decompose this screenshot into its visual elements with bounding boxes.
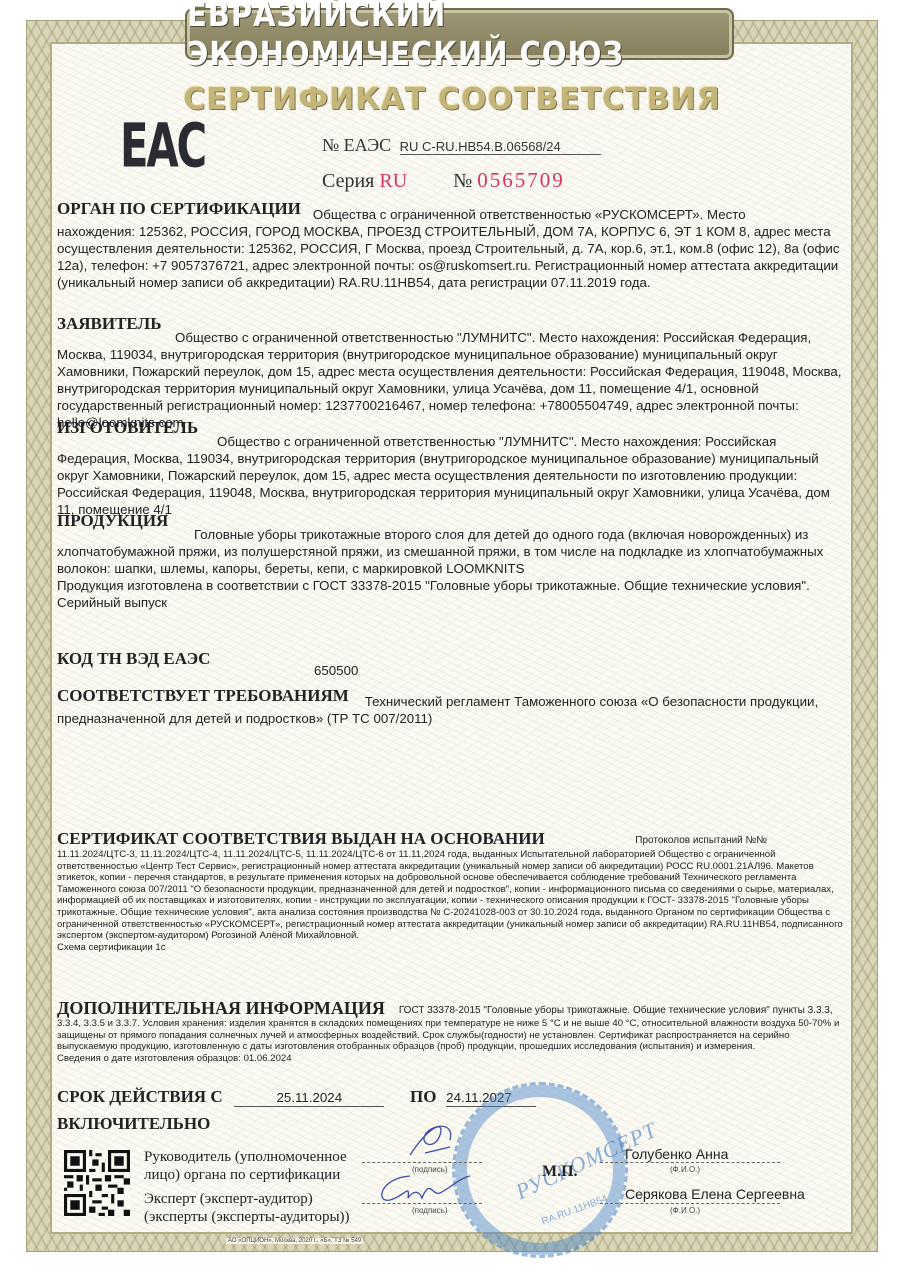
printer-imprint: АО «ОПЦИОН», Москва, 2020 г., «Б», ТЗ № … bbox=[226, 1238, 363, 1244]
series-label: Серия bbox=[322, 170, 374, 192]
section-text: 11.11.2024/ЦТС-3, 11.11.2024/ЦТС-4, 11.1… bbox=[57, 849, 847, 942]
eaeu-number-value: RU С-RU.НВ54.В.06568/24 bbox=[400, 139, 601, 155]
section-product: ПРОДУКЦИЯ Головные уборы трикотажные вто… bbox=[57, 512, 847, 611]
section-title: СЕРТИФИКАТ СООТВЕТСТВИЯ ВЫДАН НА ОСНОВАН… bbox=[57, 830, 545, 847]
section-requirements: СООТВЕТСТВУЕТ ТРЕБОВАНИЯМ Технический ре… bbox=[57, 687, 847, 727]
section-lead: Технический регламент Таможенного союза … bbox=[365, 693, 818, 710]
series-line: Серия RU № 0565709 bbox=[322, 168, 565, 193]
section-text: 3.3.4, 3.3.5 и 3.3.7. Условия хранения: … bbox=[57, 1018, 847, 1053]
section-additional-info: ДОПОЛНИТЕЛЬНАЯ ИНФОРМАЦИЯ ГОСТ 33378-201… bbox=[57, 1000, 847, 1064]
validity-to-label: ПО bbox=[410, 1087, 436, 1106]
section-lead: Общество с ограниченной ответственностью… bbox=[57, 329, 847, 346]
section-title: ДОПОЛНИТЕЛЬНАЯ ИНФОРМАЦИЯ bbox=[57, 1000, 385, 1017]
section-certification-body: ОРГАН ПО СЕРТИФИКАЦИИ Общества с огранич… bbox=[57, 200, 847, 291]
serial-number: 0565709 bbox=[477, 168, 565, 192]
head-signature-icon bbox=[400, 1115, 460, 1165]
union-banner-text: ЕВРАЗИЙСКИЙ ЭКОНОМИЧЕСКИЙ СОЮЗ bbox=[187, 0, 732, 73]
expert-label: Эксперт (эксперт-аудитор) (эксперты (экс… bbox=[144, 1190, 350, 1226]
section-text: Федерация, Москва, 119034, внутригородск… bbox=[57, 450, 847, 518]
stamp-label: М.П. bbox=[542, 1163, 578, 1181]
head-name: Голубенко Анна bbox=[625, 1146, 728, 1162]
section-title: КОД ТН ВЭД ЕАЭС bbox=[57, 649, 210, 668]
product-release: Серийный выпуск bbox=[57, 594, 847, 611]
sample-date: Сведения о дате изготовления образцов: 0… bbox=[57, 1053, 847, 1065]
product-standard: Продукция изготовлена в соответствии с Г… bbox=[57, 577, 847, 594]
expert-signature-caption: (подпись) bbox=[412, 1206, 448, 1215]
expert-name: Серякова Елена Сергеевна bbox=[625, 1186, 805, 1202]
section-text: нахождения: 125362, РОССИЯ, ГОРОД МОСКВА… bbox=[57, 223, 847, 291]
section-text: хлопчатобумажной пряжи, из полушерстяной… bbox=[57, 543, 847, 577]
series-value: RU bbox=[379, 170, 407, 192]
validity-from-label: СРОК ДЕЙСТВИЯ С bbox=[57, 1087, 223, 1106]
validity-from-date: 25.11.2024 bbox=[234, 1089, 384, 1107]
eac-logo-icon: ЕАС bbox=[120, 110, 205, 181]
section-basis: СЕРТИФИКАТ СООТВЕТСТВИЯ ВЫДАН НА ОСНОВАН… bbox=[57, 830, 847, 953]
expert-signature-icon bbox=[370, 1168, 480, 1208]
union-banner: ЕВРАЗИЙСКИЙ ЭКОНОМИЧЕСКИЙ СОЮЗ bbox=[185, 8, 734, 60]
certificate-title: СЕРТИФИКАТ СООТВЕТСТВИЯ bbox=[0, 82, 904, 117]
expert-name-line bbox=[600, 1203, 780, 1204]
section-lead: Общества с ограниченной ответственностью… bbox=[313, 206, 746, 223]
section-text: предназначенной для детей и подростков» … bbox=[57, 710, 847, 727]
certification-scheme: Схема сертификации 1с bbox=[57, 942, 847, 954]
qr-code-icon[interactable] bbox=[64, 1150, 130, 1216]
eaeu-number-label: № ЕАЭС bbox=[322, 135, 391, 155]
eaeu-number-line: № ЕАЭС RU С-RU.НВ54.В.06568/24 bbox=[322, 135, 601, 156]
expert-fio-caption: (Ф.И.О.) bbox=[670, 1206, 700, 1215]
tn-ved-code: 650500 bbox=[314, 662, 358, 679]
section-lead: Головные уборы трикотажные второго слоя … bbox=[57, 526, 847, 543]
serial-label: № bbox=[453, 170, 472, 192]
section-lead: ГОСТ 33378-2015 "Головные уборы трикотаж… bbox=[399, 1005, 833, 1017]
section-manufacturer: ИЗГОТОВИТЕЛЬ Общество с ограниченной отв… bbox=[57, 419, 847, 518]
head-name-line bbox=[600, 1162, 780, 1163]
head-fio-caption: (Ф.И.О.) bbox=[670, 1165, 700, 1174]
section-lead: Протоколов испытаний №№ bbox=[635, 835, 767, 847]
section-applicant: ЗАЯВИТЕЛЬ Общество с ограниченной ответс… bbox=[57, 315, 847, 431]
head-label: Руководитель (уполномоченное лицо) орган… bbox=[144, 1148, 347, 1184]
section-tn-ved: КОД ТН ВЭД ЕАЭС 650500 bbox=[57, 650, 847, 668]
section-title: ОРГАН ПО СЕРТИФИКАЦИИ bbox=[57, 200, 301, 217]
section-title: СООТВЕТСТВУЕТ ТРЕБОВАНИЯМ bbox=[57, 687, 349, 704]
